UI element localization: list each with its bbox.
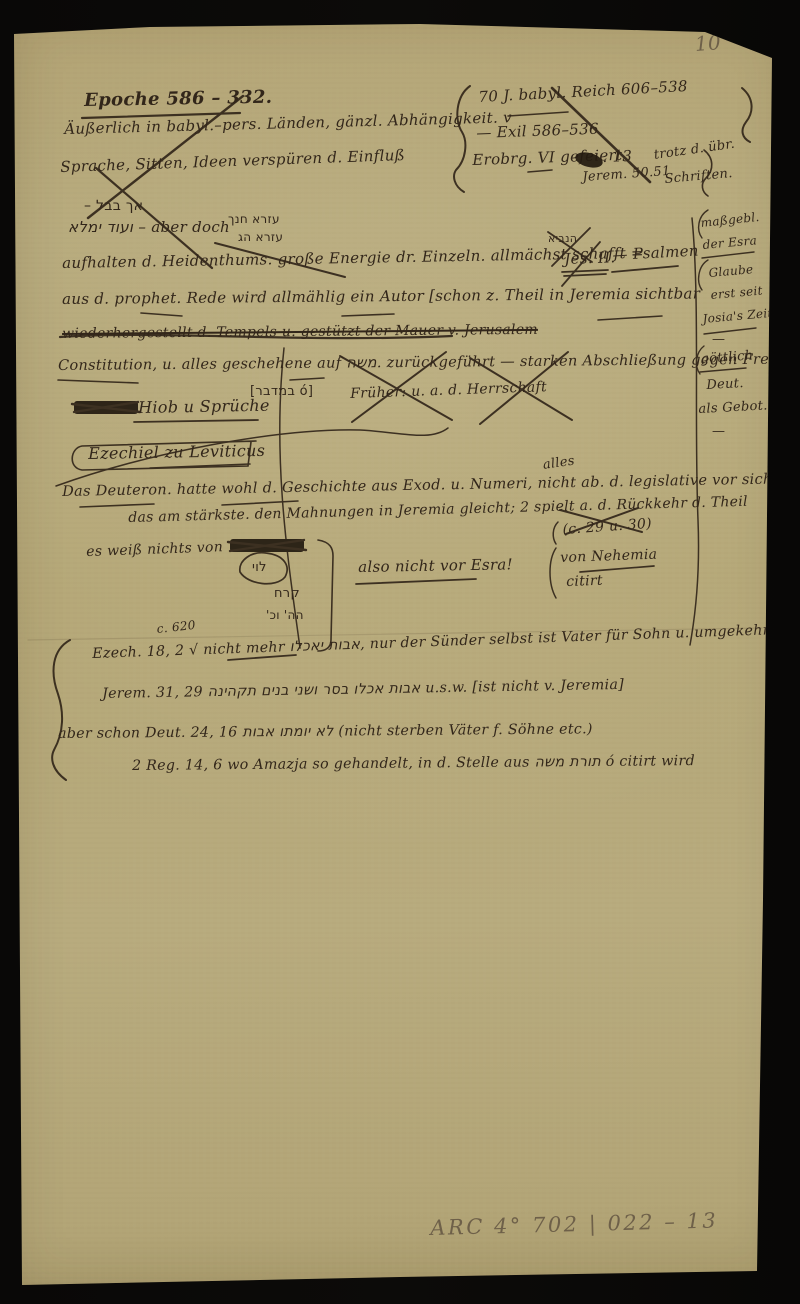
manuscript-page: 10 Epoche 586 – 332. 70 J. babyl. Reich …	[0, 0, 800, 1304]
ink-strokes-overlay	[0, 0, 800, 1304]
scan-background: 10 Epoche 586 – 332. 70 J. babyl. Reich …	[0, 0, 800, 1304]
